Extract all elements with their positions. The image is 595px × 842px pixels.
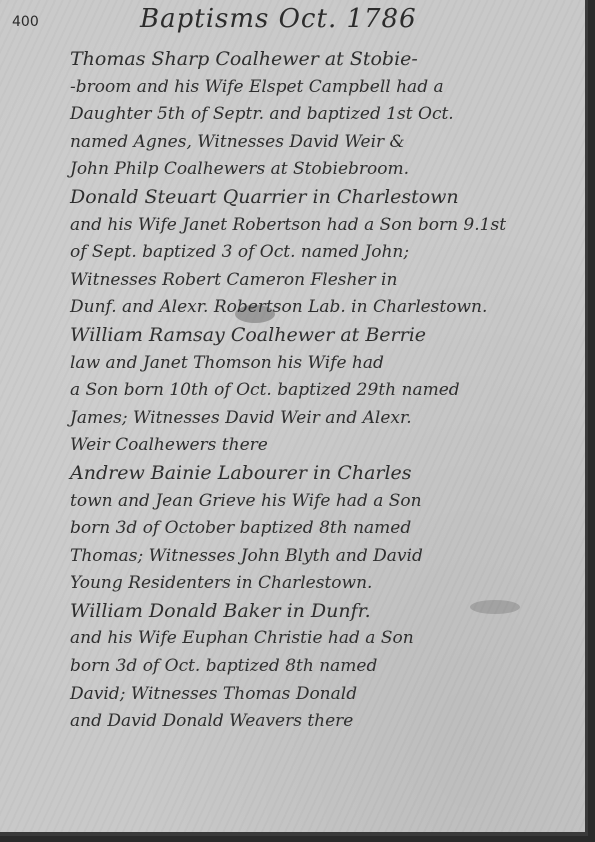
- entry-line: Weir Coalhewers there: [70, 432, 570, 460]
- entry-line: Andrew Bainie Labourer in Charles: [70, 460, 570, 488]
- entry-line: Thomas; Witnesses John Blyth and David: [70, 543, 570, 571]
- entry-line: born 3d of October baptized 8th named: [70, 515, 570, 543]
- entry-line: -broom and his Wife Elspet Campbell had …: [70, 74, 570, 102]
- entry-line: Daughter 5th of Septr. and baptized 1st …: [70, 101, 570, 129]
- entry-line: and his Wife Janet Robertson had a Son b…: [70, 212, 570, 240]
- page-heading: Baptisms Oct. 1786: [140, 4, 417, 34]
- entry-line: named Agnes, Witnesses David Weir &: [70, 129, 570, 157]
- entry-line: Witnesses Robert Cameron Flesher in: [70, 267, 570, 295]
- entry-line: William Donald Baker in Dunfr.: [70, 598, 570, 626]
- entry-line: Dunf. and Alexr. Robertson Lab. in Charl…: [70, 294, 570, 322]
- entry-line: of Sept. baptized 3 of Oct. named John;: [70, 239, 570, 267]
- register-page: 400 Baptisms Oct. 1786 Thomas Sharp Coal…: [0, 0, 588, 836]
- entry-line: John Philp Coalhewers at Stobiebroom.: [70, 156, 570, 184]
- entry-line: born 3d of Oct. baptized 8th named: [70, 653, 570, 681]
- entry-line: town and Jean Grieve his Wife had a Son: [70, 488, 570, 516]
- entry-line: Thomas Sharp Coalhewer at Stobie-: [70, 46, 570, 74]
- baptism-entries: Thomas Sharp Coalhewer at Stobie- -broom…: [70, 46, 570, 736]
- entry-line: a Son born 10th of Oct. baptized 29th na…: [70, 377, 570, 405]
- entry-line: James; Witnesses David Weir and Alexr.: [70, 405, 570, 433]
- entry-line: William Ramsay Coalhewer at Berrie: [70, 322, 570, 350]
- entry-line: and his Wife Euphan Christie had a Son: [70, 625, 570, 653]
- entry-line: David; Witnesses Thomas Donald: [70, 681, 570, 709]
- entry-line: and David Donald Weavers there: [70, 708, 570, 736]
- page-number: 400: [12, 14, 39, 30]
- entry-line: law and Janet Thomson his Wife had: [70, 350, 570, 378]
- entry-line: Young Residenters in Charlestown.: [70, 570, 570, 598]
- entry-line: Donald Steuart Quarrier in Charlestown: [70, 184, 570, 212]
